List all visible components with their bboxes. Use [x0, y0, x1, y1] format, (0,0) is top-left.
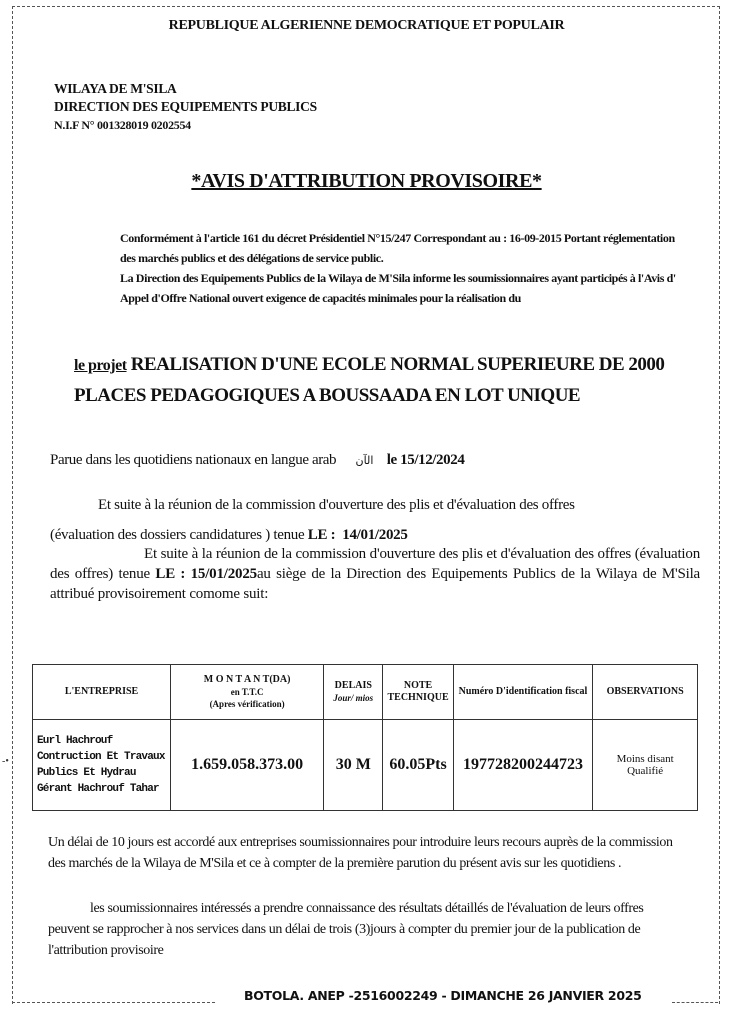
project-label: le projet [74, 357, 127, 374]
meeting-candidatures: Et suite à la réunion de la commission d… [50, 490, 700, 550]
margin-mark: -• [2, 756, 9, 767]
intro-line-direction: La Direction des Equipements Publics de … [52, 268, 692, 308]
company-line: Publics Et Hydrau [37, 765, 166, 781]
project-text: REALISATION D'UNE ECOLE NORMAL SUPERIEUR… [74, 354, 664, 406]
header-note: NOTE TECHNIQUE [383, 665, 453, 720]
notice-title: *AVIS D'ATTRIBUTION PROVISOIRE* [0, 170, 733, 193]
company-line: Eurl Hachrouf [37, 733, 166, 749]
header-amount-ttc: en T.T.C [175, 686, 319, 698]
header-amount-verification: (Apres vérification) [175, 698, 319, 710]
header-company: L'ENTREPRISE [33, 665, 171, 720]
company-line: Contruction Et Travaux [37, 749, 166, 765]
consultation-text: les soumissionnaires intéressés a prendr… [48, 901, 643, 958]
publication-text: Parue dans les quotidiens nationaux en l… [50, 452, 336, 468]
intro-paragraph: Conformément à l'article 161 du décret P… [52, 228, 692, 308]
header-delay-title: DELAIS [335, 680, 372, 691]
company-line: Gérant Hachrouf Tahar [37, 781, 166, 797]
direction-name: DIRECTION DES EQUIPEMENTS PUBLICS [54, 98, 317, 116]
meeting-candidatures-date: 14/01/2025 [342, 527, 407, 543]
cell-note: 60.05Pts [383, 720, 453, 811]
table-header-row: L'ENTREPRISE M O N T A N T(DA) en T.T.C … [33, 665, 698, 720]
attribution-table: L'ENTREPRISE M O N T A N T(DA) en T.T.C … [32, 664, 698, 811]
document-border-bottom-right [672, 1002, 718, 1003]
header-observations: OBSERVATIONS [593, 665, 698, 720]
consultation-paragraph: les soumissionnaires intéressés a prendr… [48, 898, 688, 961]
consultation-indent [48, 901, 90, 916]
cell-nif: 197728200244723 [453, 720, 593, 811]
recourse-paragraph: Un délai de 10 jours est accordé aux ent… [48, 832, 688, 874]
project-title: le projet REALISATION D'UNE ECOLE NORMAL… [74, 350, 694, 411]
cell-company: Eurl Hachrouf Contruction Et Travaux Pub… [33, 720, 171, 811]
header-amount: M O N T A N T(DA) en T.T.C (Apres vérifi… [171, 665, 324, 720]
publication-footer: BOTOLA. ANEP -2516002249 - DIMANCHE 26 J… [244, 988, 642, 1003]
intro-line-decree: Conformément à l'article 161 du décret P… [52, 228, 692, 268]
nif-number: N.I.F N° 001328019 0202554 [54, 116, 191, 134]
meeting-offers: Et suite à la réunion de la commission d… [50, 544, 700, 604]
table-row: Eurl Hachrouf Contruction Et Travaux Pub… [33, 720, 698, 811]
meeting-candidatures-line1: Et suite à la réunion de la commission d… [50, 490, 700, 520]
header-nif: Numéro D'identification fiscal [453, 665, 593, 720]
meeting-candidatures-text: (évaluation des dossiers candidatures ) … [50, 527, 308, 543]
cell-observations: Moins disant Qualifié [593, 720, 698, 811]
meeting-candidatures-le: LE : [308, 527, 336, 543]
meeting-offers-indent [50, 546, 144, 562]
publication-line: Parue dans les quotidiens nationaux en l… [50, 452, 464, 469]
document-border-bottom-left [12, 1002, 215, 1003]
header-delay-unit: Jour/ mios [328, 692, 378, 704]
publication-date: 15/12/2024 [400, 452, 464, 468]
header-delay: DELAIS Jour/ mios [324, 665, 383, 720]
wilaya-name: WILAYA DE M'SILA [54, 80, 177, 98]
header-amount-title: M O N T A N T(DA) [204, 674, 291, 685]
cell-amount: 1.659.058.373.00 [171, 720, 324, 811]
newspaper-name-arabic: الآن [356, 454, 374, 467]
meeting-offers-le: LE : [155, 566, 190, 582]
cell-delay: 30 M [324, 720, 383, 811]
republic-header: REPUBLIQUE ALGERIENNE DEMOCRATIQUE ET PO… [0, 18, 733, 34]
meeting-offers-date: 15/01/2025 [191, 566, 257, 582]
publication-le: le [387, 452, 397, 468]
